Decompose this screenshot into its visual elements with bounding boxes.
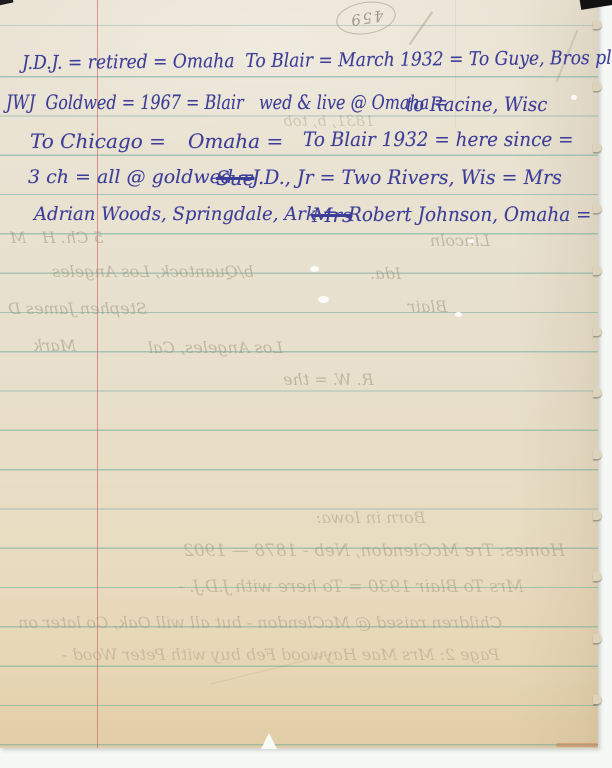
bleedthrough-fragment: Stephen James D: [8, 299, 147, 318]
bleedthrough-fragment: Mark: [33, 336, 76, 355]
torn-edge-nub: [593, 695, 602, 704]
bleedthrough-fragment: Blair: [408, 297, 447, 316]
torn-edge-nub: [593, 511, 602, 520]
torn-edge-nub: [593, 327, 602, 336]
bottom-edge-notch: [261, 733, 277, 749]
paper-speck: [571, 95, 577, 100]
torn-edge-nub: [593, 20, 602, 29]
torn-edge-nub: [593, 266, 602, 275]
struck-out-word: Mrs: [312, 203, 352, 227]
paper-speck: [318, 296, 329, 303]
torn-edge-nub: [593, 82, 602, 91]
pencil-stroke: [409, 11, 433, 45]
ruled-line-top: [0, 25, 598, 26]
torn-edge-nub: [593, 143, 602, 152]
bottom-edge-tint: [556, 743, 598, 747]
bleedthrough-fragment: 5 Ch. H M: [10, 228, 104, 247]
handwriting-line-5: Adrian Woods, Springdale, Ark =: [34, 203, 338, 225]
bleedthrough-fragment: Page 2: Mrs Mae Haywood Feb buy with Pet…: [62, 645, 500, 664]
torn-edge-nub: [593, 634, 602, 643]
bleedthrough-fragment: R. W. = the: [283, 370, 374, 389]
struck-out-word: Sue: [216, 166, 254, 190]
paper-speck: [455, 312, 462, 317]
torn-edge-nub: [593, 450, 602, 459]
handwriting-line-2: JWJ Goldwed = 1967 = Blair wed & live @ …: [6, 90, 448, 114]
paper-speck: [468, 239, 474, 243]
bleedthrough-fragment: Mrs To Blair 1930 = To here with J.D.J. …: [178, 577, 523, 597]
handwriting-line-3-right: To Blair 1932 = here since =: [303, 127, 574, 151]
bleedthrough-fragment: Ida.: [370, 264, 401, 283]
bleedthrough-fragment: Los Angeles, Cal: [148, 338, 283, 357]
bleedthrough-fragment: Born in Iowa:: [316, 508, 426, 527]
page-number-oval: 459: [334, 0, 398, 38]
bleedthrough-fragment: Homes: Tre McClendon, Neb - 1878 — 1902: [183, 541, 565, 561]
handwriting-line-2-right: to Racine, Wisc: [406, 92, 547, 116]
handwriting-line-4-right: J.D., Jr = Two Rivers, Wis = Mrs: [252, 165, 562, 189]
torn-edge-nub: [593, 388, 602, 397]
paper-speck: [310, 266, 319, 272]
handwriting-line-3: To Chicago =: [30, 129, 166, 153]
page-number-stamp: 459: [347, 6, 384, 29]
handwriting-line-5-right: Robert Johnson, Omaha =: [348, 202, 591, 226]
bleedthrough-fragment: Lincoln: [430, 231, 490, 250]
torn-edge-nub: [593, 204, 602, 213]
handwriting-line-3-mid: Omaha =: [188, 129, 283, 153]
bleedthrough-fragment: Children raised @ McClendon - but all wi…: [18, 613, 502, 632]
bleedthrough-fragment: b/Quantock, Los Angeles: [52, 262, 254, 281]
torn-edge-nub: [593, 572, 602, 581]
handwriting-line-1: J.D.J. = retired = Omaha To Blair = Marc…: [22, 47, 612, 74]
notebook-page: 459 J.D.J. = retired = Omaha To Blair = …: [0, 0, 598, 748]
scanner-background: 459 J.D.J. = retired = Omaha To Blair = …: [0, 0, 612, 768]
bleedthrough-fragment: 1831, b, tob: [283, 112, 375, 130]
